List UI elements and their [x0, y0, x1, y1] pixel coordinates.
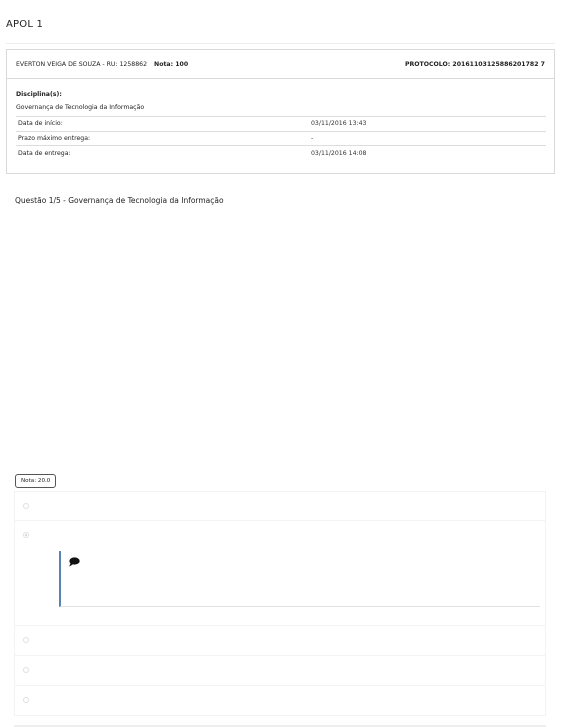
panel-body: Disciplina(s): Governança de Tecnologia …: [7, 79, 554, 160]
radio-button[interactable]: [23, 503, 29, 509]
start-date-label: Data de início:: [16, 117, 309, 132]
title-divider: [6, 43, 555, 44]
radio-button-selected[interactable]: [23, 532, 29, 538]
question-grade-badge: Nota: 20.0: [15, 474, 56, 488]
dates-table: Data de início: 03/11/2016 13:43 Prazo m…: [16, 116, 546, 160]
answer-option-d[interactable]: [14, 656, 546, 686]
answer-option-a[interactable]: [14, 491, 546, 521]
panel-header: EVERTON VEIGA DE SOUZA - RU: 1258862 Not…: [7, 50, 554, 79]
radio-button[interactable]: [23, 697, 29, 703]
answer-options: [14, 491, 546, 716]
deadline-label: Prazo máximo entrega:: [16, 131, 309, 146]
delivery-date-value: 03/11/2016 14:08: [309, 146, 546, 161]
discipline-label: Disciplina(s):: [16, 91, 545, 98]
radio-button[interactable]: [23, 637, 29, 643]
table-row: Prazo máximo entrega: -: [16, 131, 546, 146]
page-title: APOL 1: [6, 19, 43, 30]
deadline-value: -: [309, 131, 546, 146]
answer-option-e[interactable]: [14, 686, 546, 716]
start-date-value: 03/11/2016 13:43: [309, 117, 546, 132]
exam-info-panel: EVERTON VEIGA DE SOUZA - RU: 1258862 Not…: [6, 49, 555, 174]
protocol-number: PROTOCOLO: 20161103125886201782 7: [405, 61, 545, 68]
radio-button[interactable]: [23, 667, 29, 673]
student-info: EVERTON VEIGA DE SOUZA - RU: 1258862 Not…: [16, 61, 188, 68]
delivery-date-label: Data de entrega:: [16, 146, 309, 161]
question-title: Questão 1/5 - Governança de Tecnologia d…: [15, 196, 224, 205]
total-grade: Nota: 100: [154, 61, 188, 68]
feedback-comment: [59, 551, 540, 607]
discipline-name: Governança de Tecnologia da Informação: [16, 104, 545, 111]
table-row: Data de início: 03/11/2016 13:43: [16, 117, 546, 132]
student-name-ru: EVERTON VEIGA DE SOUZA - RU: 1258862: [16, 61, 147, 68]
speech-bubble-icon: [68, 557, 80, 567]
table-row: Data de entrega: 03/11/2016 14:08: [16, 146, 546, 161]
answer-option-b[interactable]: [14, 521, 546, 626]
answer-option-c[interactable]: [14, 626, 546, 656]
